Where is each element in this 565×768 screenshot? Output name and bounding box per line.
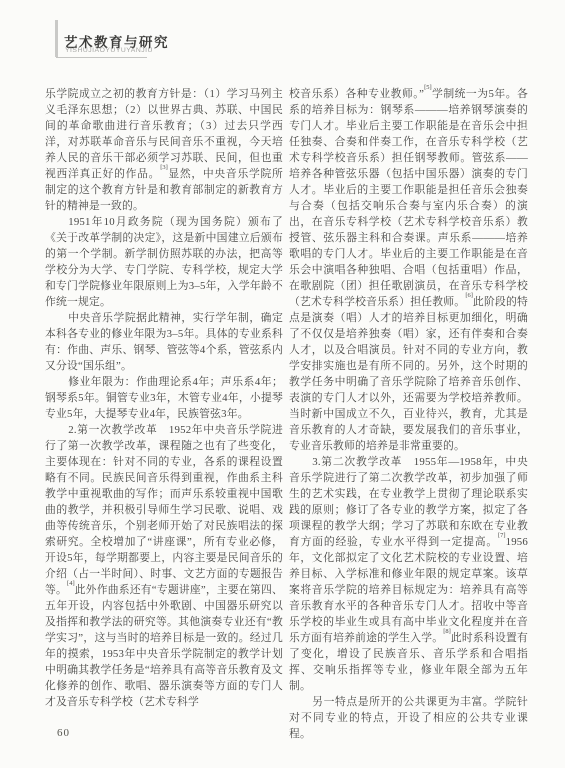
page-number: 60: [57, 727, 70, 739]
scanned-journal-page: 艺术教育与研究 YISHUJIAOYUYUYANJIU 乐学院成立之初的教育方针…: [0, 0, 565, 768]
paragraph: 校音乐系）各种专业教师。”[5]学制统一为5年。各系的培养目标为：钢琴系———培…: [289, 86, 528, 454]
footnote-ref: [8]: [443, 628, 451, 635]
footnote-ref: [4]: [67, 580, 75, 587]
footnote-ref: [7]: [498, 532, 506, 539]
paragraph: 中央音乐学院据此精神，实行学年制，确定本科各专业的修业年限为3–5年。具体的专业…: [45, 310, 283, 374]
footnote-ref: [5]: [424, 84, 432, 91]
paragraph: 乐学院成立之初的教育方针是：（1）学习马列主义毛泽东思想；（2）以世界古典、苏联…: [45, 86, 283, 214]
footnote-ref: [3]: [160, 164, 168, 171]
text-column-right: 校音乐系）各种专业教师。”[5]学制统一为5年。各系的培养目标为：钢琴系———培…: [289, 86, 528, 742]
paragraph: 另一特点是所开的公共课更为丰富。学院针对不同专业的特点，开设了相应的公共专业课程…: [289, 694, 528, 742]
paragraph: 2.第一次教学改革 1952年中央音乐学院进行了第一次教学改革，课程随之也有了些…: [45, 422, 283, 710]
journal-title-pinyin: YISHUJIAOYUYUYANJIU: [65, 47, 153, 54]
paragraph: 1951年10月政务院（现为国务院）颁布了《关于改革学制的决定》，这是新中国建立…: [45, 214, 283, 310]
header-rule: [56, 57, 147, 58]
paragraph: 3.第二次教学改革 1955年—1958年，中央音乐学院进行了第二次教学改革，初…: [289, 454, 528, 694]
paragraph: 修业年限为：作曲理论系4年；声乐系4年；钢琴系5年。铜管专业3年，木管专业4年，…: [45, 374, 283, 422]
text-column-left: 乐学院成立之初的教育方针是：（1）学习马列主义毛泽东思想；（2）以世界古典、苏联…: [45, 86, 283, 710]
footnote-ref: [6]: [465, 292, 473, 299]
header-accent-bar: [55, 20, 58, 57]
